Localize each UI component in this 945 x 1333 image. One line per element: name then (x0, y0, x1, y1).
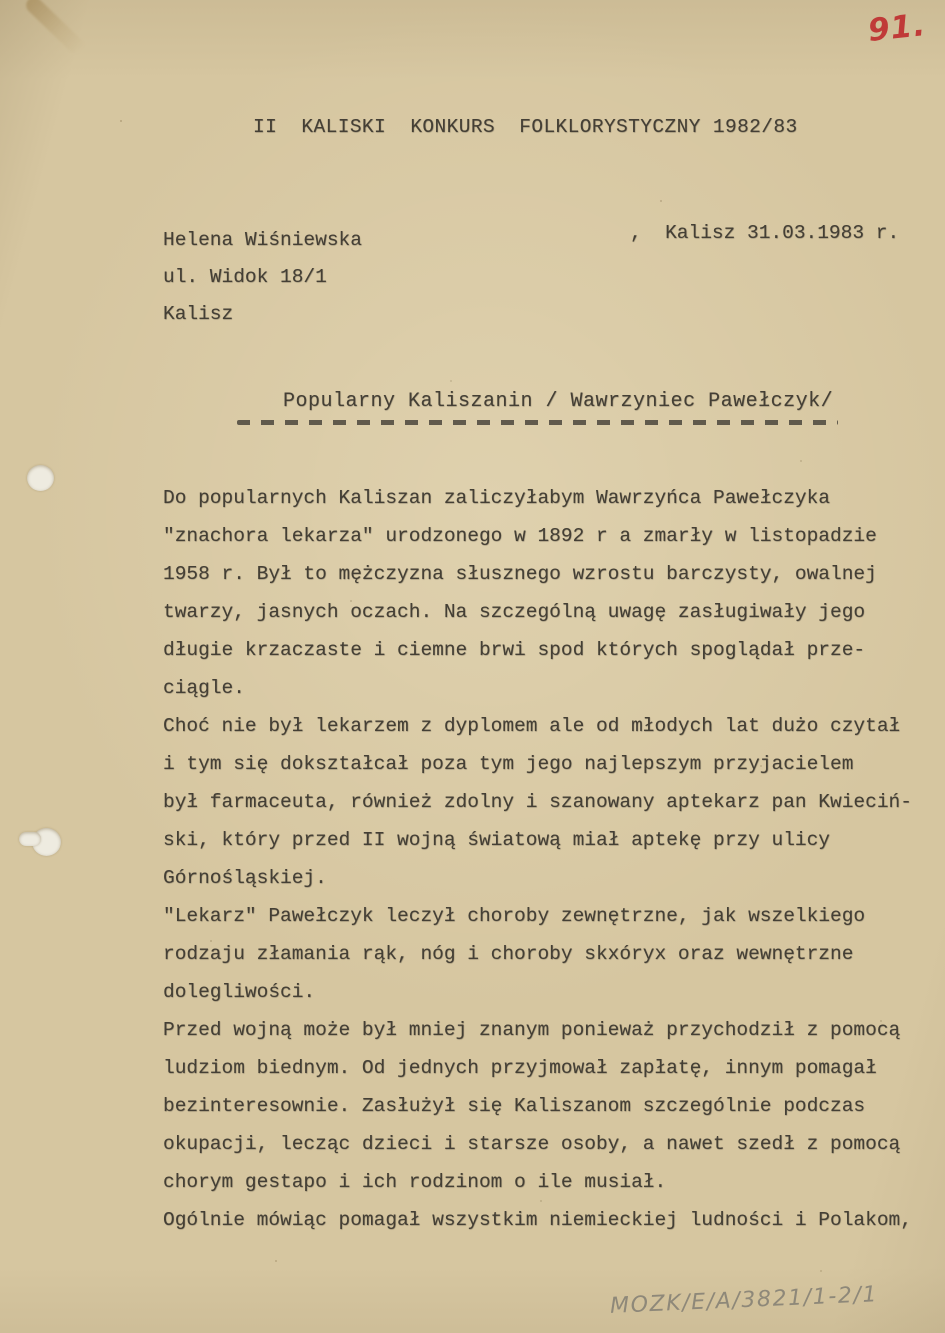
body-line: długie krzaczaste i ciemne brwi spod któ… (163, 631, 933, 669)
body-line: był farmaceuta, również zdolny i szanowa… (163, 783, 933, 821)
handwritten-page-number: 91. (866, 7, 927, 49)
body-line: okupacji, lecząc dzieci i starsze osoby,… (163, 1125, 933, 1163)
body-line: 1958 r. Był to mężczyzna słusznego wzros… (163, 555, 933, 593)
sender-city: Kalisz (163, 296, 362, 333)
body-line: "znachora lekarza" urodzonego w 1892 r a… (163, 517, 933, 555)
sender-block: Helena Wiśniewska ul. Widok 18/1 Kalisz (163, 222, 362, 333)
punch-hole-bottom-tear (19, 832, 41, 846)
body-line: chorym gestapo i ich rodzinom o ile musi… (163, 1163, 933, 1201)
sender-name: Helena Wiśniewska (163, 222, 362, 259)
dateline: , Kalisz 31.03.1983 r. (630, 222, 899, 244)
body-line: Do popularnych Kaliszan zaliczyłabym Waw… (163, 479, 933, 517)
body-line: twarzy, jasnych oczach. Na szczególną uw… (163, 593, 933, 631)
essay-heading: Popularny Kaliszanin / Wawrzyniec Pawełc… (283, 390, 833, 413)
body-line: ski, który przed II wojną światową miał … (163, 821, 933, 859)
body-line: ludziom biednym. Od jednych przyjmował z… (163, 1049, 933, 1087)
dashed-underline (237, 420, 838, 425)
body-line: Górnośląskiej. (163, 859, 933, 897)
body-line: dolegliwości. (163, 973, 933, 1011)
body-line: rodzaju złamania rąk, nóg i choroby skxó… (163, 935, 933, 973)
body-line: i tym się dokształcał poza tym jego najl… (163, 745, 933, 783)
body-text: Do popularnych Kaliszan zaliczyłabym Waw… (163, 479, 933, 1239)
body-line: Przed wojną może był mniej znanym poniew… (163, 1011, 933, 1049)
document-title: II KALISKI KONKURS FOLKLORYSTYCZNY 1982/… (253, 116, 798, 138)
paper-specks (120, 120, 122, 122)
scanned-document-page: 91. II KALISKI KONKURS FOLKLORYSTYCZNY 1… (0, 0, 945, 1333)
body-line: ciągle. (163, 669, 933, 707)
body-line: bezinteresownie. Zasłużył się Kaliszanom… (163, 1087, 933, 1125)
punch-hole-top (27, 465, 54, 491)
body-line: Choć nie był lekarzem z dyplomem ale od … (163, 707, 933, 745)
body-line: Ogólnie mówiąc pomagał wszystkim niemiec… (163, 1201, 933, 1239)
sender-street: ul. Widok 18/1 (163, 259, 362, 296)
body-line: "Lekarz" Pawełczyk leczył choroby zewnęt… (163, 897, 933, 935)
